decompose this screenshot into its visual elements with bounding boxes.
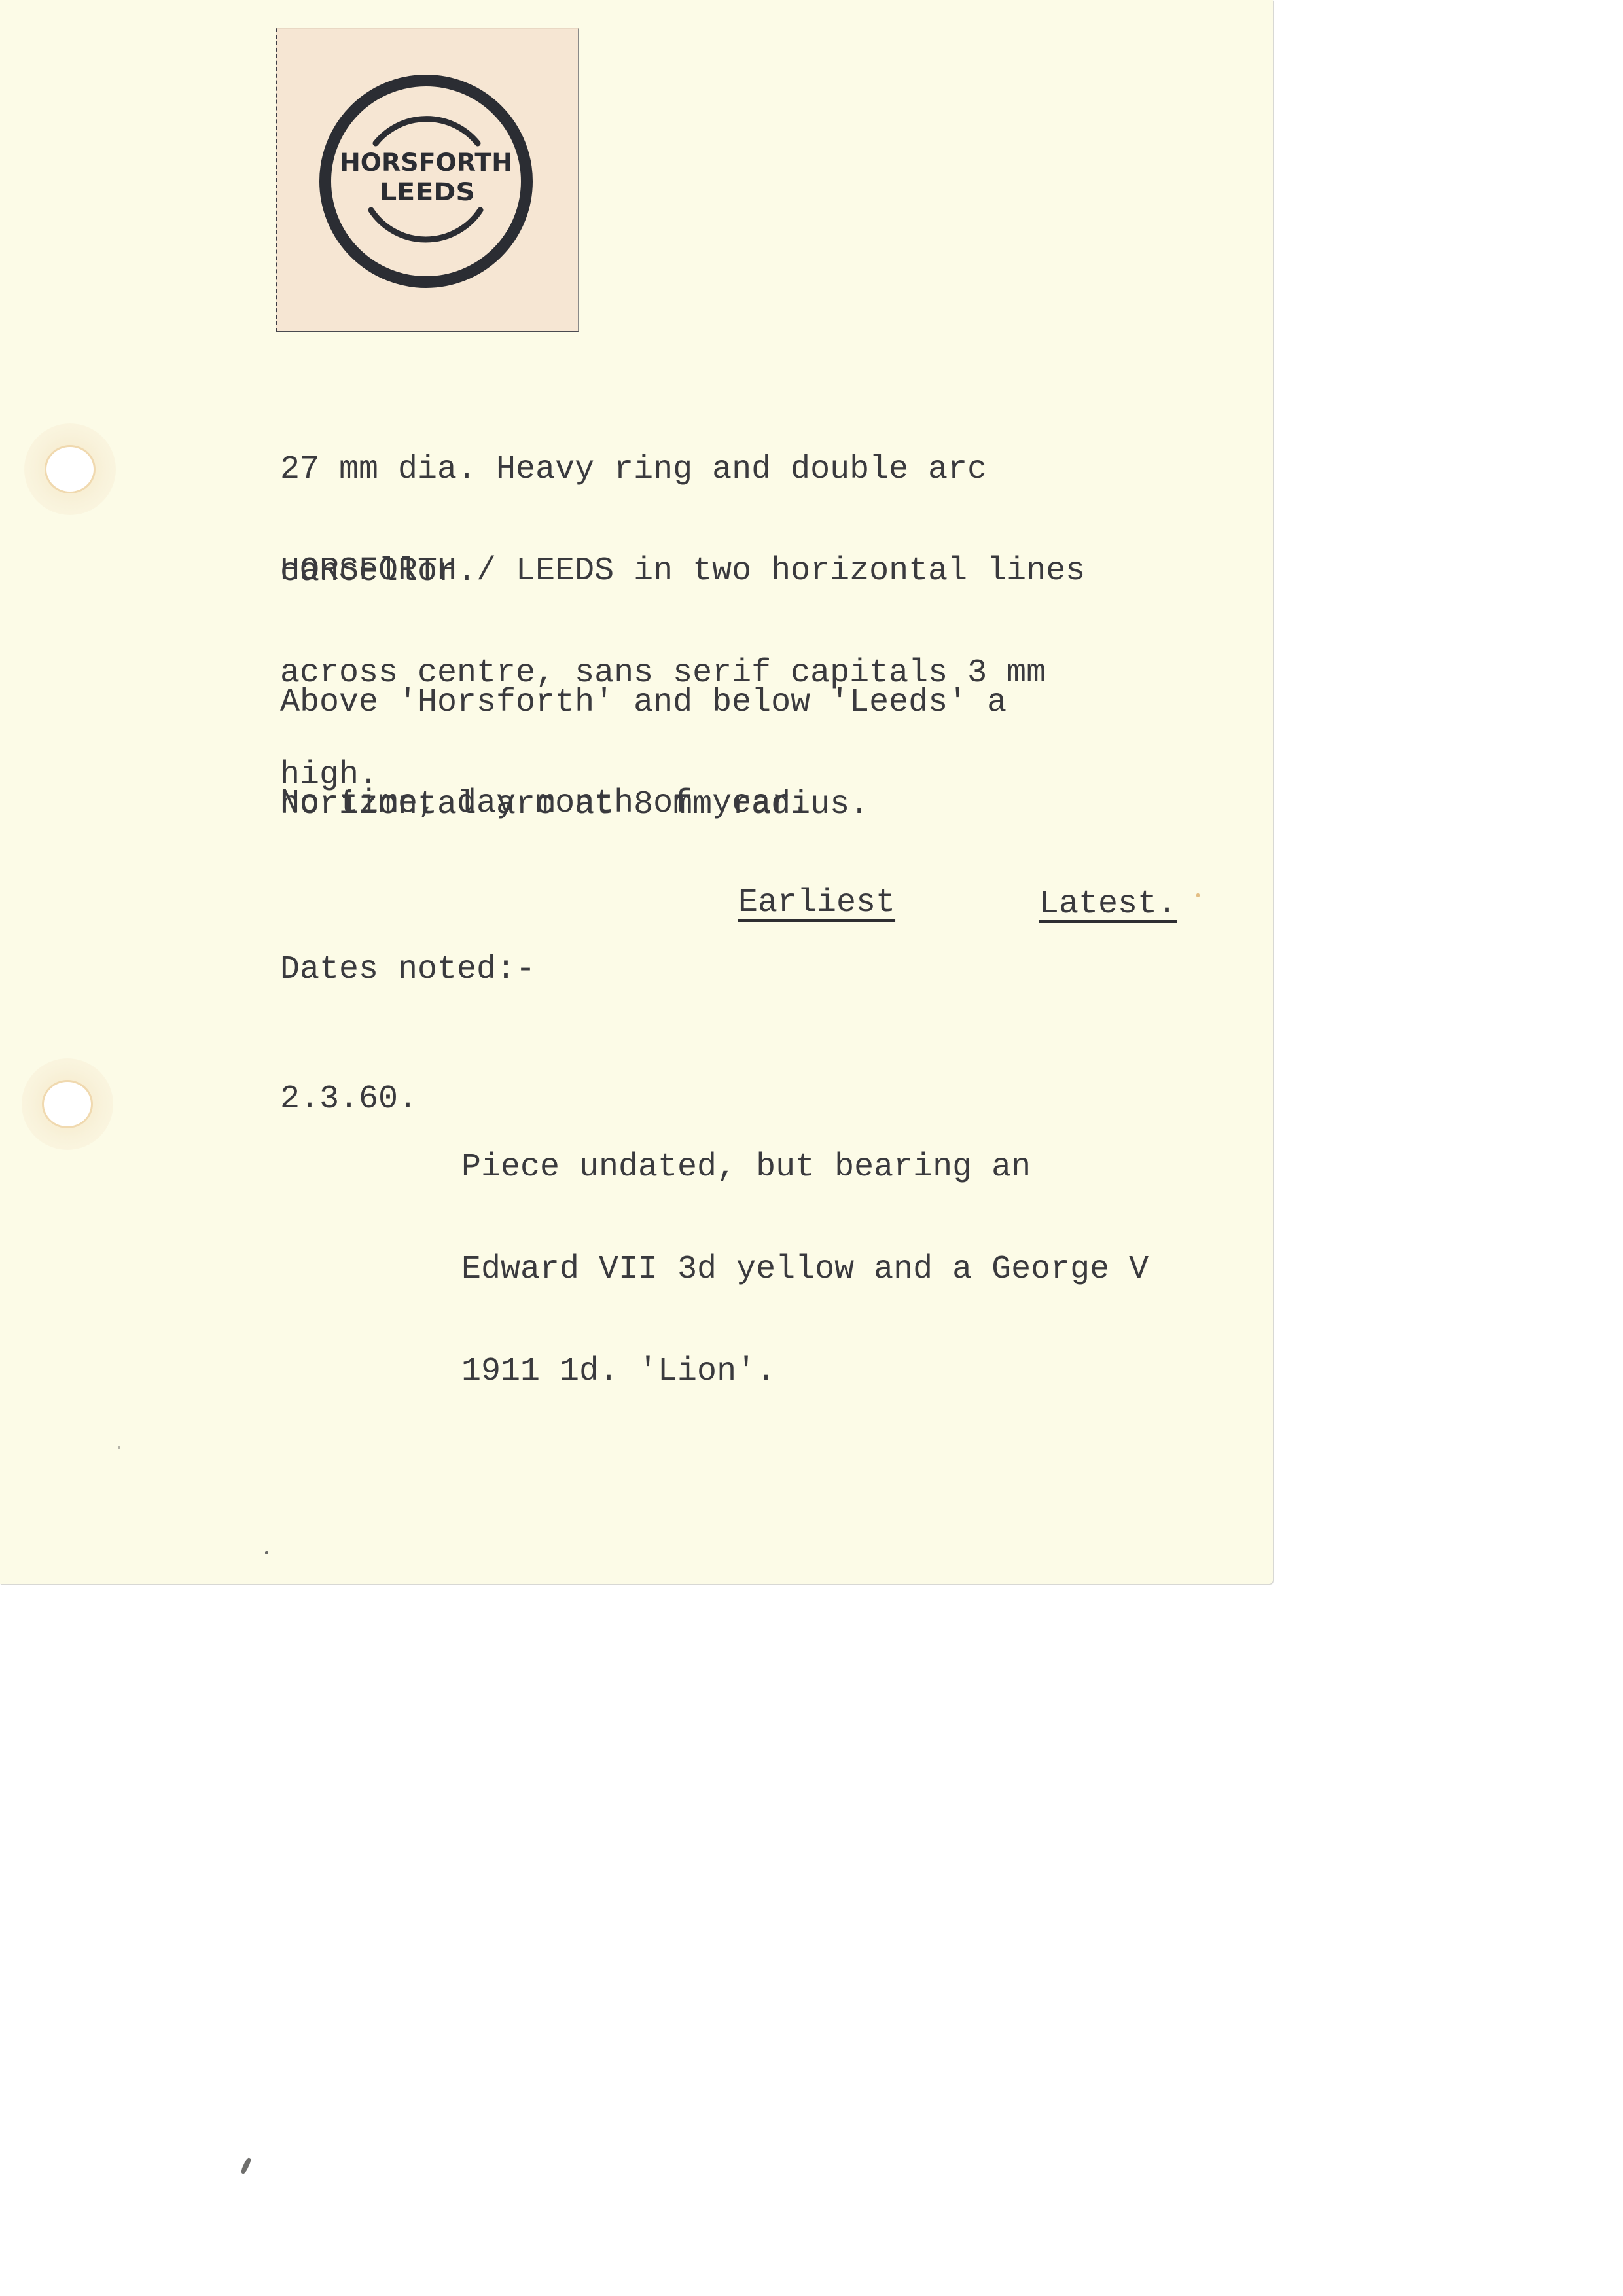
punch-hole-bottom — [44, 1082, 91, 1126]
description-paragraph-4: No time, day month of year. — [280, 719, 810, 889]
paper-speck — [265, 1551, 268, 1554]
entry-note: Piece undated, but bearing an Edward VII… — [461, 1083, 1149, 1457]
postmark-stamp: HORSFORTH LEEDS — [277, 29, 580, 332]
column-header-latest: Latest. — [1039, 888, 1177, 922]
column-header-earliest: Earliest — [738, 886, 895, 920]
paper-speck — [118, 1446, 120, 1449]
punch-hole-top — [46, 447, 94, 492]
dates-noted-label: Dates noted:- — [280, 953, 535, 987]
index-card-page: HORSFORTH LEEDS 27 mm dia. Heavy ring an… — [0, 0, 1273, 1584]
scan-speck — [240, 2157, 252, 2175]
entry-date: 2.3.60. — [280, 1083, 418, 1117]
postmark-proof-card: HORSFORTH LEEDS — [276, 28, 579, 332]
lower-arc-icon — [371, 210, 480, 240]
stamp-city-text: LEEDS — [380, 178, 475, 206]
upper-arc-icon — [376, 119, 478, 143]
paper-speck — [1196, 893, 1200, 897]
stamp-town-text: HORSFORTH — [340, 149, 512, 177]
